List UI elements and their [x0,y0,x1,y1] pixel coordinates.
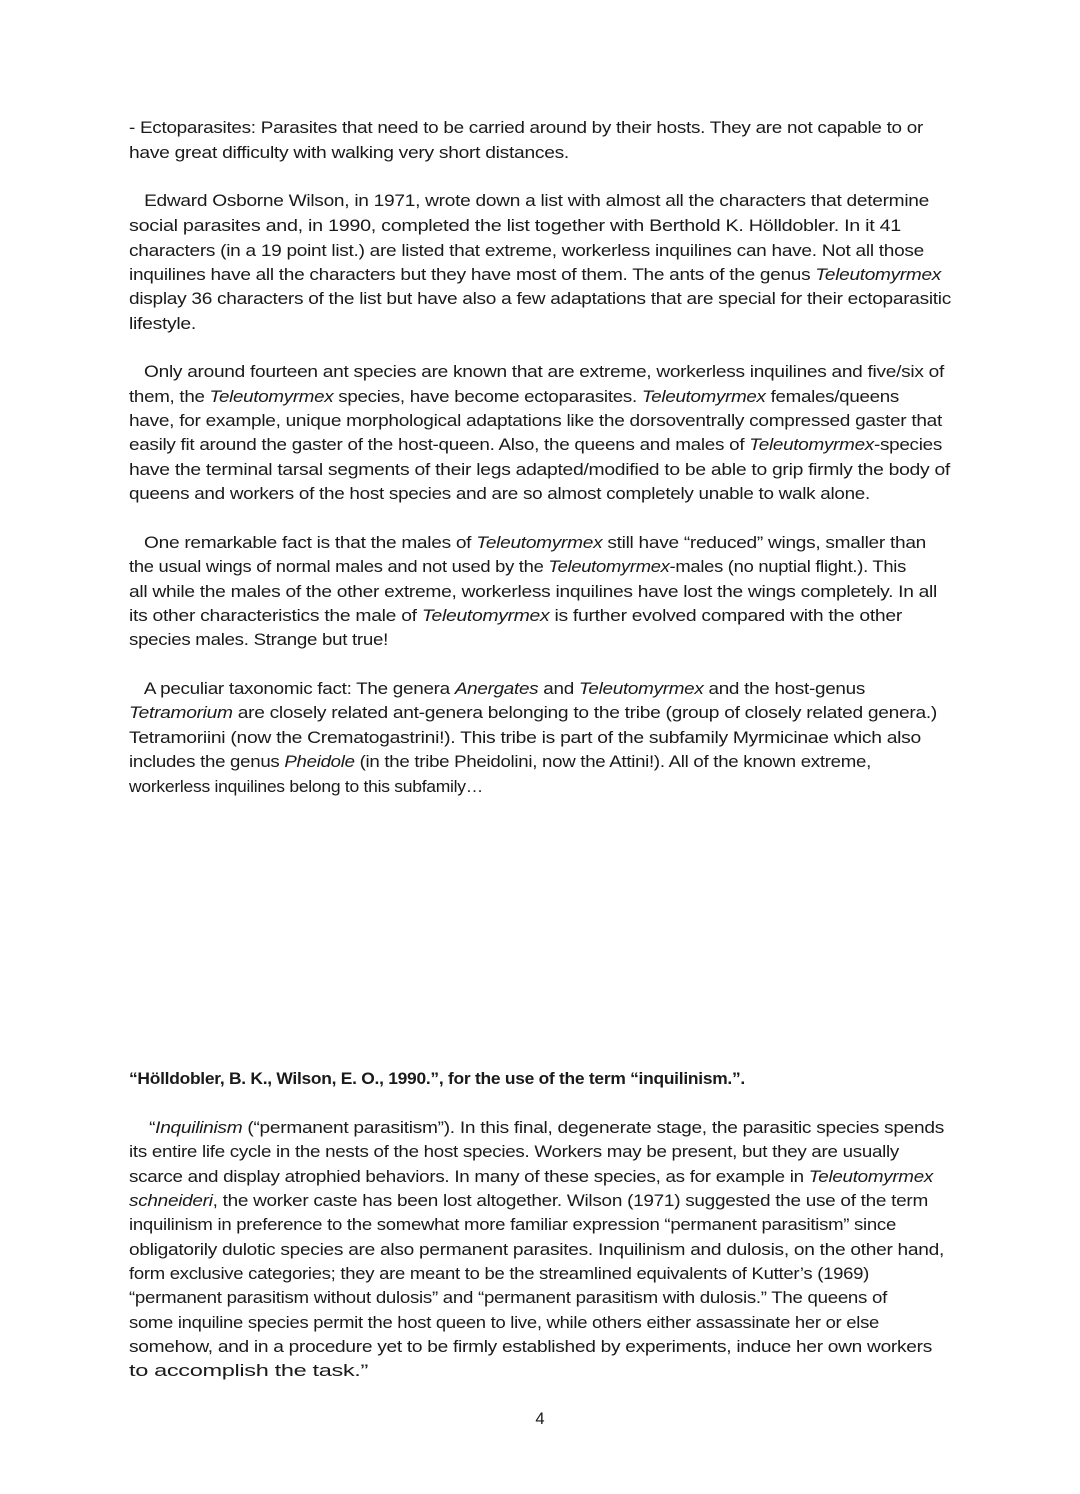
italic-term: Teleutomyrmex [815,265,941,284]
text-run: are closely related ant-genera belonging… [233,703,937,722]
text-run: scarce and display atrophied behaviors. … [129,1167,809,1186]
quote-line: scarce and display atrophied behaviors. … [129,1167,933,1187]
quote-line: some inquiline species permit the host q… [129,1313,879,1333]
text-run: and the host-genus [704,679,865,698]
paragraph-line: includes the genus Pheidole (in the trib… [129,752,871,772]
text-run: its other characteristics the male of [129,606,422,625]
quote-line: “Inquilinism (“permanent parasitism”). I… [129,1118,944,1138]
text-run: inquilines have all the characters but t… [129,265,815,284]
italic-term: schneideri [129,1191,213,1210]
paragraph-line: social parasites and, in 1990, completed… [129,216,901,236]
text-run: characters (in a 19 point list.) are lis… [129,241,924,260]
text-run: obligatorily dulotic species are also pe… [129,1240,944,1259]
text-run: form exclusive categories; they are mean… [129,1264,869,1283]
italic-term: Teleutomyrmex [210,387,334,406]
text-run: One remarkable fact is that the males of [129,533,476,552]
text-run: Tetramoriini (now the Crematogastrini!).… [129,728,921,747]
italic-term: Teleutomyrmex [579,679,704,698]
italic-term: Anergates [455,679,538,698]
paragraph-line: Tetramorium are closely related ant-gene… [129,703,937,723]
italic-term: Teleutomyrmex [422,606,550,625]
text-run: have the terminal tarsal segments of the… [129,460,950,479]
quote-line: “permanent parasitism without dulosis” a… [129,1288,887,1308]
italic-term: Pheidole [284,752,354,771]
text-run: -species [874,435,942,454]
paragraph-line: inquilines have all the characters but t… [129,265,941,285]
text-run: (in the tribe Pheidolini, now the Attini… [355,752,871,771]
paragraph-line: Only around fourteen ant species are kno… [129,362,944,382]
text-run: queens and workers of the host species a… [129,484,870,503]
italic-term: Teleutomyrmex [809,1167,933,1186]
paragraph-line: queens and workers of the host species a… [129,484,870,504]
quote-line: obligatorily dulotic species are also pe… [129,1240,944,1260]
text-run: females/queens [766,387,899,406]
text-run: -males (no nuptial flight.). This [670,557,906,576]
text-run: workerless inquilines belong to this sub… [129,777,483,796]
text-run: species males. Strange but true! [129,630,388,649]
text-run: have, for example, unique morphological … [129,411,942,430]
paragraph-line: characters (in a 19 point list.) are lis… [129,241,924,261]
paragraph-line: them, the Teleutomyrmex species, have be… [129,387,899,407]
text-run: Only around fourteen ant species are kno… [129,362,944,381]
italic-term: Inquilinism [155,1118,242,1137]
paragraph-line: its other characteristics the male of Te… [129,606,902,626]
text-run: all while the males of the other extreme… [129,582,937,601]
text-run: A peculiar taxonomic fact: The genera [129,679,455,698]
paragraph-line: have the terminal tarsal segments of the… [129,460,950,480]
quote-line: inquilinism in preference to the somewha… [129,1215,896,1235]
text-run: (“permanent parasitism”). In this final,… [242,1118,944,1137]
text-run: still have “reduced” wings, smaller than [602,533,926,552]
italic-term: Teleutomyrmex [642,387,766,406]
paragraph-line: have, for example, unique morphological … [129,411,942,431]
paragraph-line: have great difficulty with walking very … [129,143,569,163]
paragraph-line: lifestyle. [129,314,196,334]
text-run: inquilinism in preference to the somewha… [129,1215,896,1234]
text-run: somehow, and in a procedure yet to be fi… [129,1337,932,1356]
italic-term: Teleutomyrmex [749,435,874,454]
text-run: some inquiline species permit the host q… [129,1313,879,1332]
text-run: them, the [129,387,210,406]
quote-line: somehow, and in a procedure yet to be fi… [129,1337,932,1357]
text-run: species, have become ectoparasites. [333,387,641,406]
paragraph-line: species males. Strange but true! [129,630,388,650]
paragraph-line: One remarkable fact is that the males of… [129,533,926,553]
quote-line: its entire life cycle in the nests of th… [129,1142,899,1162]
paragraph-line: A peculiar taxonomic fact: The genera An… [129,679,865,699]
paragraph-line: easily fit around the gaster of the host… [129,435,942,455]
italic-term: Teleutomyrmex [548,557,669,576]
quote-line: to accomplish the task.” [129,1361,368,1381]
italic-term: Teleutomyrmex [476,533,602,552]
text-run: lifestyle. [129,314,196,333]
text-run: display 36 characters of the list but ha… [129,289,951,308]
paragraph-line: all while the males of the other extreme… [129,582,937,602]
paragraph-line: - Ectoparasites: Parasites that need to … [129,118,923,138]
text-run: , the worker caste has been lost altoget… [213,1191,928,1210]
text-run: and [538,679,579,698]
citation-heading: “Hölldobler, B. K., Wilson, E. O., 1990.… [129,1069,745,1089]
text-run: the usual wings of normal males and not … [129,557,548,576]
paragraph-line: the usual wings of normal males and not … [129,557,906,577]
text-run: to accomplish the task.” [129,1361,368,1380]
quote-line: form exclusive categories; they are mean… [129,1264,869,1284]
text-run: - Ectoparasites: Parasites that need to … [129,118,923,137]
text-run: is further evolved compared with the oth… [549,606,902,625]
document-page: - Ectoparasites: Parasites that need to … [0,0,1080,1494]
text-run: “ [129,1118,155,1137]
text-run: social parasites and, in 1990, completed… [129,216,901,235]
italic-term: Tetramorium [129,703,233,722]
quote-line: schneideri, the worker caste has been lo… [129,1191,928,1211]
paragraph-line: Edward Osborne Wilson, in 1971, wrote do… [129,191,929,211]
text-run: its entire life cycle in the nests of th… [129,1142,899,1161]
text-run: Edward Osborne Wilson, in 1971, wrote do… [129,191,929,210]
paragraph-line: Tetramoriini (now the Crematogastrini!).… [129,728,921,748]
text-run: easily fit around the gaster of the host… [129,435,749,454]
text-run: have great difficulty with walking very … [129,143,569,162]
text-run: includes the genus [129,752,284,771]
paragraph-line: display 36 characters of the list but ha… [129,289,951,309]
text-run: “permanent parasitism without dulosis” a… [129,1288,887,1307]
paragraph-line: workerless inquilines belong to this sub… [129,777,483,797]
page-number: 4 [0,1409,1080,1429]
